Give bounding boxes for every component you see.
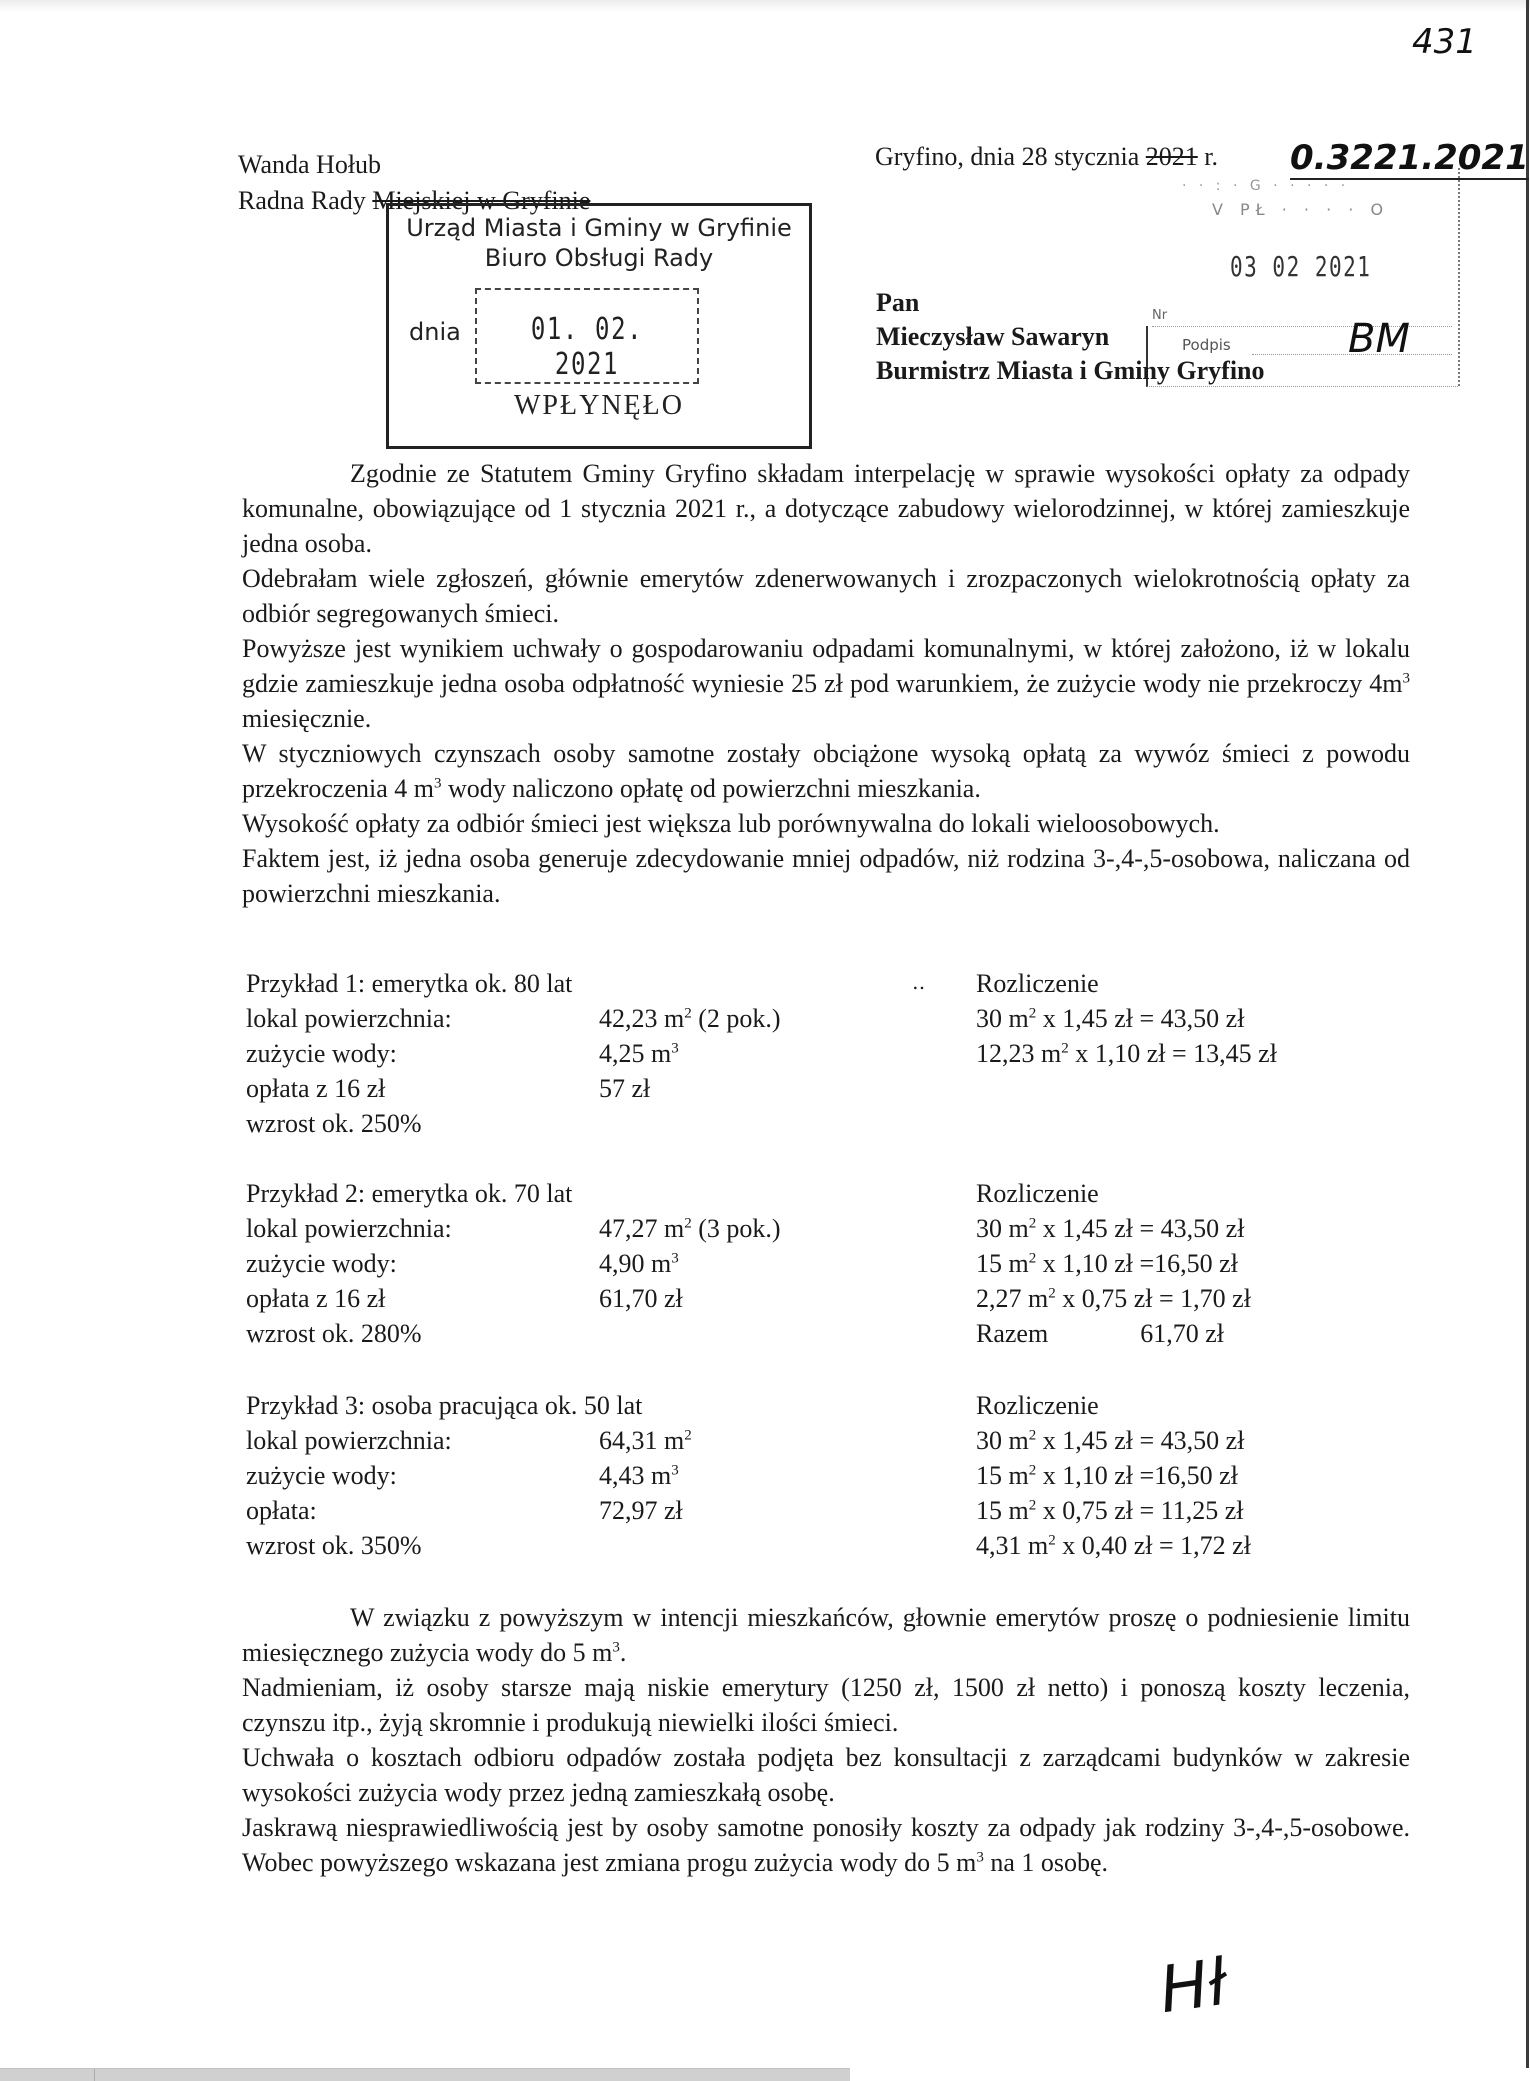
paragraph: Powyższe jest wynikiem uchwały o gospoda…	[242, 631, 1410, 736]
place-date-suffix: r.	[1204, 142, 1218, 171]
settlement-line: 2,27 m2 x 0,75 zł = 1,70 zł	[976, 1281, 1251, 1316]
settlement-line: 15 m2 x 1,10 zł =16,50 zł	[976, 1458, 1251, 1493]
paragraph: W związku z powyższym w intencji mieszka…	[242, 1600, 1410, 1670]
scrollbar-divider	[94, 2069, 95, 2081]
example-label: lokal powierzchnia:	[246, 1211, 452, 1246]
settlement-line: 4,31 m2 x 0,40 zł = 1,72 zł	[976, 1528, 1251, 1563]
example-label: wzrost ok. 280%	[246, 1316, 421, 1351]
example-1-settlement: Rozliczenie30 m2 x 1,45 zł = 43,50 zł12,…	[976, 966, 1277, 1071]
example-value: 72,97 zł	[599, 1493, 683, 1528]
author-signature: Hł	[1155, 1946, 1231, 2029]
settlement-title: Rozliczenie	[976, 1176, 1251, 1211]
example-value: 4,90 m3	[599, 1246, 679, 1281]
example-label: opłata z 16 zł	[246, 1281, 385, 1316]
body-intro: Zgodnie ze Statutem Gminy Gryfino składa…	[242, 456, 1410, 911]
paragraph: Odebrałam wiele zgłoszeń, głównie emeryt…	[242, 561, 1410, 631]
body-closing: W związku z powyższym w intencji mieszka…	[242, 1600, 1410, 1880]
example-label: zużycie wody:	[246, 1458, 397, 1493]
example-value: 4,43 m3	[599, 1458, 679, 1493]
example-label: lokal powierzchnia:	[246, 1423, 452, 1458]
example-value: 64,31 m2	[599, 1423, 692, 1458]
example-label: opłata:	[246, 1493, 317, 1528]
stamp-status: WPŁYNĘŁO	[389, 390, 809, 422]
page-number-annotation: 431	[1412, 22, 1477, 62]
example-title: Przykład 1: emerytka ok. 80 lat	[246, 966, 572, 1001]
example-value: 57 zł	[599, 1071, 650, 1106]
stray-mark: ‥	[912, 970, 925, 995]
sender-title-prefix: Radna Rady	[238, 186, 366, 215]
mayor-stamp-date: 03 02 2021	[1230, 250, 1371, 283]
example-title: Przykład 2: emerytka ok. 70 lat	[246, 1176, 572, 1211]
recipient-salutation: Pan	[876, 288, 919, 318]
stamp-date: 01. 02. 2021	[499, 312, 675, 382]
place-date-text: Gryfino, dnia 28 stycznia	[875, 142, 1139, 171]
settlement-title: Rozliczenie	[976, 966, 1277, 1001]
sender-name: Wanda Hołub	[238, 150, 381, 180]
paragraph: Nadmieniam, iż osoby starsze mają niskie…	[242, 1670, 1410, 1740]
horizontal-scrollbar[interactable]	[0, 2068, 850, 2081]
place-date-struck-year: 2021	[1146, 142, 1198, 171]
paragraph: W styczniowych czynszach osoby samotne z…	[242, 736, 1410, 806]
example-2-settlement: Rozliczenie30 m2 x 1,45 zł = 43,50 zł15 …	[976, 1176, 1251, 1351]
example-value: 4,25 m3	[599, 1036, 679, 1071]
example-label: zużycie wody:	[246, 1036, 397, 1071]
example-value: 61,70 zł	[599, 1281, 683, 1316]
example-label: opłata z 16 zł	[246, 1071, 385, 1106]
example-3-settlement: Rozliczenie30 m2 x 1,45 zł = 43,50 zł15 …	[976, 1388, 1251, 1563]
paragraph: Jaskrawą niesprawiedliwością jest by oso…	[242, 1810, 1410, 1880]
mayor-stamp-initials: BM	[1348, 316, 1410, 362]
settlement-line: 15 m2 x 1,10 zł =16,50 zł	[976, 1246, 1251, 1281]
paragraph: Faktem jest, iż jedna osoba generuje zde…	[242, 841, 1410, 911]
settlement-total: Razem61,70 zł	[976, 1316, 1251, 1351]
stamp-faded-text: · · : · G · · · · ·	[1182, 178, 1349, 194]
paragraph: Wysokość opłaty za odbiór śmieci jest wi…	[242, 806, 1410, 841]
viewer-top-shade	[0, 0, 1530, 12]
paragraph: Uchwała o kosztach odbioru odpadów zosta…	[242, 1740, 1410, 1810]
example-title: Przykład 3: osoba pracująca ok. 50 lat	[246, 1388, 642, 1423]
settlement-title: Rozliczenie	[976, 1388, 1251, 1423]
page-right-border	[1526, 0, 1529, 2068]
stamp-faded-text-2: V PŁ · · · · O	[1212, 200, 1389, 219]
stamp-date-box: 01. 02. 2021	[475, 288, 699, 384]
example-label: zużycie wody:	[246, 1246, 397, 1281]
mayor-office-stamp: · · : · G · · · · · V PŁ · · · · O 03 02…	[1152, 168, 1460, 386]
paragraph: Zgodnie ze Statutem Gminy Gryfino składa…	[242, 456, 1410, 561]
mayor-stamp-signature-label: Podpis	[1182, 336, 1231, 354]
received-stamp: Urząd Miasta i Gminy w Gryfinie Biuro Ob…	[386, 203, 812, 449]
example-label: wzrost ok. 350%	[246, 1528, 421, 1563]
stamp-department: Biuro Obsługi Rady	[389, 244, 809, 272]
settlement-line: 30 m2 x 1,45 zł = 43,50 zł	[976, 1423, 1251, 1458]
example-value: 47,27 m2 (3 pok.)	[599, 1211, 781, 1246]
recipient-name: Mieczysław Sawaryn	[876, 322, 1109, 352]
settlement-line: 30 m2 x 1,45 zł = 43,50 zł	[976, 1001, 1277, 1036]
settlement-line: 15 m2 x 0,75 zł = 11,25 zł	[976, 1493, 1251, 1528]
settlement-line: 30 m2 x 1,45 zł = 43,50 zł	[976, 1211, 1251, 1246]
example-value: 42,23 m2 (2 pok.)	[599, 1001, 781, 1036]
stamp-date-label: dnia	[409, 318, 461, 346]
stamp-office-name: Urząd Miasta i Gminy w Gryfinie	[389, 214, 809, 242]
example-label: wzrost ok. 250%	[246, 1106, 421, 1141]
example-label: lokal powierzchnia:	[246, 1001, 452, 1036]
recipient-title: Burmistrz Miasta i Gminy Gryfino	[876, 356, 1265, 386]
settlement-line: 12,23 m2 x 1,10 zł = 13,45 zł	[976, 1036, 1277, 1071]
